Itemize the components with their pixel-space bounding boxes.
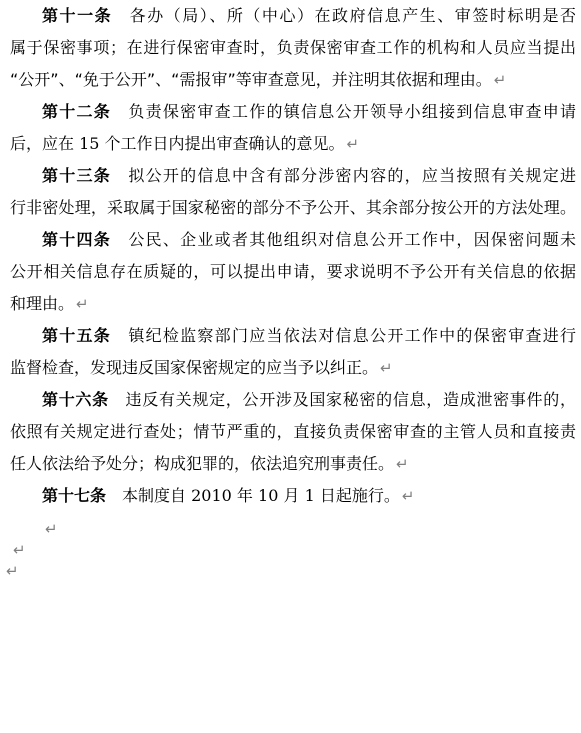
text-line: 监督检查，发现违反国家保密规定的应当予以纠正。↵ [10, 352, 576, 384]
paragraph-mark-icon: ↵ [13, 541, 26, 559]
text-line: 和理由。↵ [10, 288, 576, 320]
article-text: 10 [258, 486, 278, 505]
document-body: 第十一条 各办（局）、所（中心）在政府信息产生、审签时标明是否属于保密事项；在进… [0, 0, 581, 512]
text-line: “公开”、“免于公开”、“需报审”等审查意见，并注明其依据和理由。↵ [10, 64, 576, 96]
document-page: 第十一条 各办（局）、所（中心）在政府信息产生、审签时标明是否属于保密事项；在进… [0, 0, 581, 733]
text-line: 第十三条 拟公开的信息中含有部分涉密内容的，应当按照有关规定进 [10, 160, 576, 192]
empty-line: ↵ [0, 519, 581, 540]
text-line: 公开相关信息存在质疑的，可以提出申请，要求说明不予公开有关信息的依据 [10, 256, 576, 288]
text-line: 任人依法给予处分；构成犯罪的，依法追究刑事责任。↵ [10, 448, 576, 480]
article-text: 违反有关规定，公开涉及国家秘密的信息，造成泄密事件的， [109, 390, 576, 409]
empty-line: ↵ [0, 540, 581, 561]
text-line: 第十一条 各办（局）、所（中心）在政府信息产生、审签时标明是否 [10, 0, 576, 32]
text-line: 行非密处理，采取属于国家秘密的部分不予公开、其余部分按公开的方法处理。 [10, 192, 576, 224]
text-line: 后，应在 15 个工作日内提出审查确认的意见。↵ [10, 128, 576, 160]
text-line: 第十四条 公民、企业或者其他组织对信息公开工作中，因保密问题未 [10, 224, 576, 256]
article-text: 公民、企业或者其他组织对信息公开工作中，因保密问题未 [111, 230, 576, 249]
text-line: 依照有关规定进行查处；情节严重的，直接负责保密审查的主管人员和直接责 [10, 416, 576, 448]
article-text: 镇纪检监察部门应当依法对信息公开工作中的保密审查进行 [111, 326, 576, 345]
article-text: 负责保密审查工作的镇信息公开领导小组接到信息审查申请 [111, 102, 576, 121]
article-text: 公开相关信息存在质疑的，可以提出申请，要求说明不予公开有关信息的依据 [10, 262, 576, 281]
paragraph-mark-icon: ↵ [6, 562, 19, 580]
article-text: 2010 [191, 486, 232, 505]
paragraph-mark-icon: ↵ [345, 135, 360, 153]
article-text: 各办（局）、所（中心）在政府信息产生、审签时标明是否 [112, 6, 576, 25]
paragraph-mark-icon: ↵ [492, 71, 507, 89]
empty-line: ↵ [0, 561, 581, 582]
paragraph-mark-icon: ↵ [400, 487, 415, 505]
text-line: 属于保密事项；在进行保密审查时，负责保密审查工作的机构和人员应当提出 [10, 32, 576, 64]
paragraph-mark-icon: ↵ [394, 455, 409, 473]
article-text: 日起施行。 [315, 486, 400, 505]
text-line: 第十五条 镇纪检监察部门应当依法对信息公开工作中的保密审查进行 [10, 320, 576, 352]
article-number: 第十三条 [42, 166, 111, 185]
article-number: 第十四条 [42, 230, 111, 249]
text-line: 第十六条 违反有关规定，公开涉及国家秘密的信息，造成泄密事件的， [10, 384, 576, 416]
article-text: 行非密处理，采取属于国家秘密的部分不予公开、其余部分按公开的方法处理。 [10, 198, 576, 217]
article-text: 月 [278, 486, 304, 505]
text-line: 第十七条 本制度自 2010 年 10 月 1 日起施行。↵ [10, 480, 576, 512]
article-text: 1 [305, 486, 315, 505]
article-number: 第十一条 [42, 6, 112, 25]
article-text: 后，应在 [10, 134, 79, 153]
article-text: 属于保密事项；在进行保密审查时，负责保密审查工作的机构和人员应当提出 [10, 38, 576, 57]
article-text: 年 [232, 486, 258, 505]
empty-paragraph-marks: ↵↵↵ [0, 519, 581, 582]
article-number: 第十六条 [42, 390, 109, 409]
article-text: 监督检查，发现违反国家保密规定的应当予以纠正。 [10, 358, 378, 377]
article-text: 依照有关规定进行查处；情节严重的，直接负责保密审查的主管人员和直接责 [10, 422, 576, 441]
text-line: 第十二条 负责保密审查工作的镇信息公开领导小组接到信息审查申请 [10, 96, 576, 128]
article-text: 本制度自 [106, 486, 191, 505]
article-number: 第十七条 [42, 486, 106, 505]
article-text: 任人依法给予处分；构成犯罪的，依法追究刑事责任。 [10, 454, 394, 473]
article-number: 第十二条 [42, 102, 111, 121]
paragraph-mark-icon: ↵ [74, 295, 89, 313]
paragraph-mark-icon: ↵ [45, 520, 58, 538]
article-text: 个工作日内提出审查确认的意见。 [99, 134, 344, 153]
article-text: “公开”、“免于公开”、“需报审”等审查意见，并注明其依据和理由。 [10, 70, 492, 89]
paragraph-mark-icon: ↵ [378, 359, 393, 377]
article-text: 拟公开的信息中含有部分涉密内容的，应当按照有关规定进 [111, 166, 576, 185]
article-text: 和理由。 [10, 294, 74, 313]
article-text: 15 [79, 134, 99, 153]
article-number: 第十五条 [42, 326, 111, 345]
